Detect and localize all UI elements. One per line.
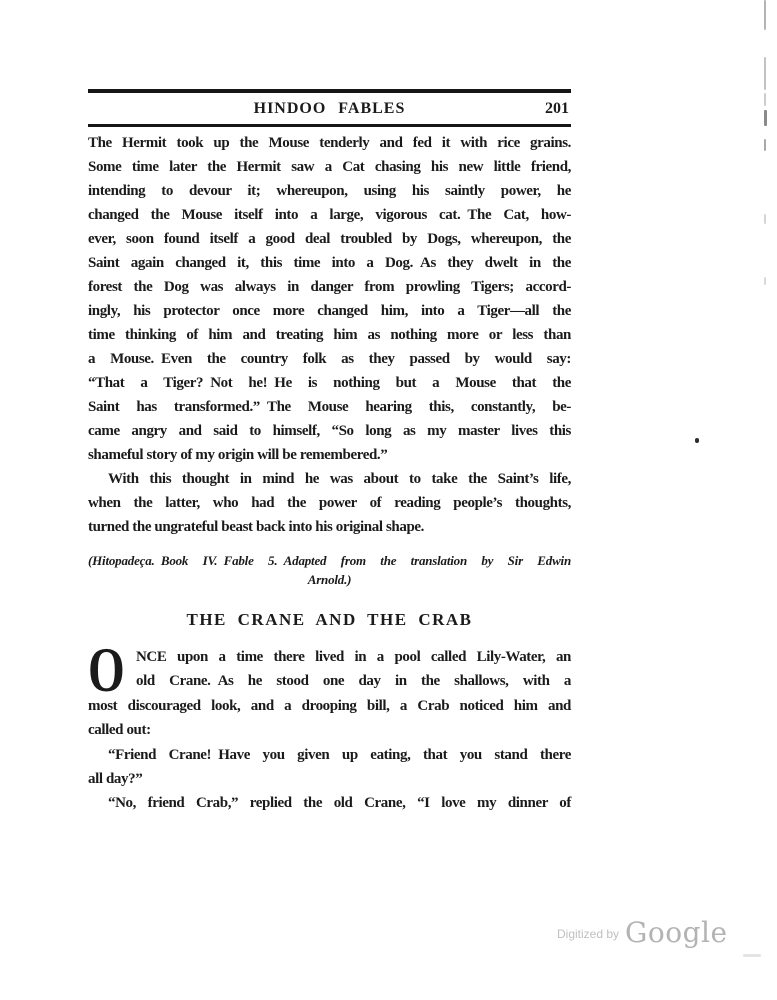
scan-artifact-edge-mark [764,277,766,285]
watermark-prefix-label: Digitized by [557,927,619,941]
section-heading: THE CRANE AND THE CRAB [88,608,571,632]
text-line: “That a Tiger? Not he! He is nothing but… [88,371,571,395]
scanned-book-page: HINDOO FABLES 201 The Hermit took up the… [0,0,777,1000]
citation-line-2: Arnold.) [88,570,571,589]
text-line: intending to devour it; whereupon, using… [88,179,571,203]
scan-artifact-edge-mark [764,93,766,106]
paragraph-crab-question: “Friend Crane! Have you given up eating,… [88,743,571,792]
text-line: Saint again changed it, this time into a… [88,251,571,275]
google-logo-text: Google [625,918,728,948]
scan-artifact-edge-mark [764,214,766,224]
text-line: came angry and said to himself, “So long… [88,419,571,443]
text-line: called out: [88,718,571,742]
running-title: HINDOO FABLES [88,100,571,118]
text-line: The Hermit took up the Mouse tenderly an… [88,131,571,155]
text-line: ingly, his protector once more changed h… [88,299,571,323]
text-line: “Friend Crane! Have you given up eating,… [88,743,571,767]
page-header: HINDOO FABLES 201 [88,100,571,120]
text-line: Some time later the Hermit saw a Cat cha… [88,155,571,179]
digitized-by-google-watermark: Digitized by Google [557,918,728,948]
scan-artifact-edge-mark [764,139,766,151]
text-line: a Mouse. Even the country folk as they p… [88,347,571,371]
drop-cap-letter: O [88,646,124,694]
text-line: forest the Dog was always in danger from… [88,275,571,299]
text-line: turned the ungrateful beast back into hi… [88,515,571,539]
scan-artifact-smudge [743,954,761,957]
fable-citation: (Hitopadeça. Book IV. Fable 5. Adapted f… [88,551,571,589]
text-line: when the latter, who had the power of re… [88,491,571,515]
text-line: NCE upon a time there lived in a pool ca… [88,645,571,669]
text-line: all day?” [88,767,571,791]
scan-artifact-edge-mark [764,110,767,126]
text-line: changed the Mouse itself into a large, v… [88,203,571,227]
scan-artifact-edge-mark [764,57,766,90]
text-line: time thinking of him and treating him as… [88,323,571,347]
text-line: old Crane. As he stood one day in the sh… [88,669,571,693]
header-rule-top [88,89,571,93]
citation-line-1: (Hitopadeça. Book IV. Fable 5. Adapted f… [88,551,571,570]
text-line: ever, soon found itself a good deal trou… [88,227,571,251]
text-line: With this thought in mind he was about t… [88,467,571,491]
paragraph-hermit-mouse: The Hermit took up the Mouse tenderly an… [88,131,571,467]
text-line: shameful story of my origin will be reme… [88,443,571,467]
text-line: Saint has transformed.” The Mouse hearin… [88,395,571,419]
scan-artifact-ink-speck [695,438,699,443]
paragraph-crane-intro: O NCE upon a time there lived in a pool … [88,645,571,743]
scan-artifact-edge-mark [764,0,766,30]
paragraph-saints-life: With this thought in mind he was about t… [88,467,571,539]
page-number: 201 [545,100,569,118]
text-line: “No, friend Crab,” replied the old Crane… [88,791,571,815]
text-column: The Hermit took up the Mouse tenderly an… [88,131,571,816]
text-line: most discouraged look, and a drooping bi… [88,694,571,718]
header-rule-bottom [88,124,571,127]
paragraph-crane-reply: “No, friend Crab,” replied the old Crane… [88,791,571,815]
